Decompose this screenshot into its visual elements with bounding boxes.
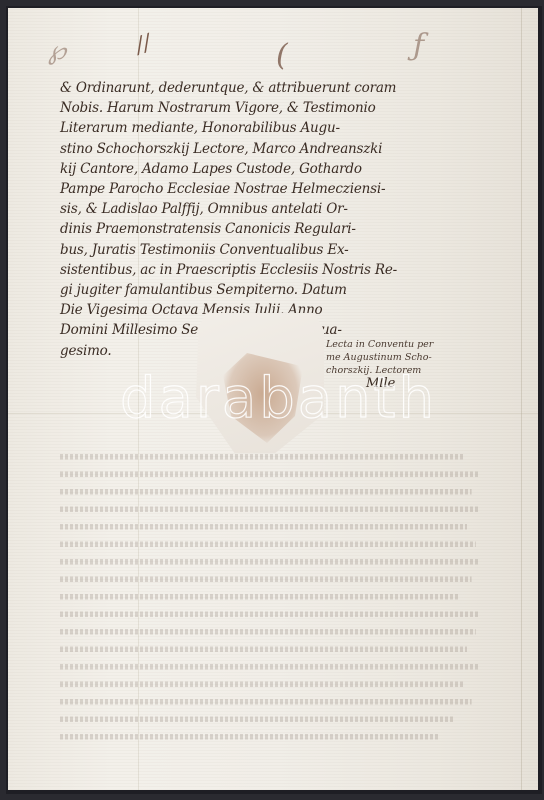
signature-line: Lecta in Conventu per: [326, 338, 506, 351]
signature-line: me Augustinum Scho-: [326, 351, 506, 364]
text-line: gi jugiter famulantibus Sempiterno. Datu…: [60, 280, 500, 300]
text-line: stino Schochorszkij Lectore, Marco Andre…: [60, 139, 500, 159]
text-line: bus, Juratis Testimoniis Conventualibus …: [60, 240, 500, 260]
fold-line-edge: [521, 8, 522, 790]
flourish-mark-3: (: [276, 38, 288, 73]
signature-block: Lecta in Conventu per me Augustinum Scho…: [326, 338, 506, 390]
text-line: sis, & Ladislao Palffij, Omnibus antelat…: [60, 199, 500, 219]
flourish-mark-4: ƒ: [413, 28, 424, 63]
ink-bleed-through: [60, 448, 480, 746]
signature-line: chorszkij. Lectorem: [326, 364, 506, 377]
text-line: Nobis. Harum Nostrarum Vigore, & Testimo…: [60, 98, 500, 118]
text-line: kij Cantore, Adamo Lapes Custode, Gothar…: [60, 159, 500, 179]
manuscript-page: ℘ // ( ƒ & Ordinarunt, dederuntque, & at…: [8, 8, 538, 790]
flourish-mark-2: //: [133, 30, 155, 58]
text-line: dinis Praemonstratensis Canonicis Regula…: [60, 219, 500, 239]
text-line: & Ordinarunt, dederuntque, & attribuerun…: [60, 78, 500, 98]
flourish-mark-1: ℘: [48, 36, 66, 66]
text-line: Literarum mediante, Honorabilibus Augu-: [60, 118, 500, 138]
text-line: sistentibus, ac in Praescriptis Ecclesii…: [60, 260, 500, 280]
signature-mark: Mlle: [366, 377, 506, 390]
text-line: Pampe Parocho Ecclesiae Nostrae Helmeczi…: [60, 179, 500, 199]
